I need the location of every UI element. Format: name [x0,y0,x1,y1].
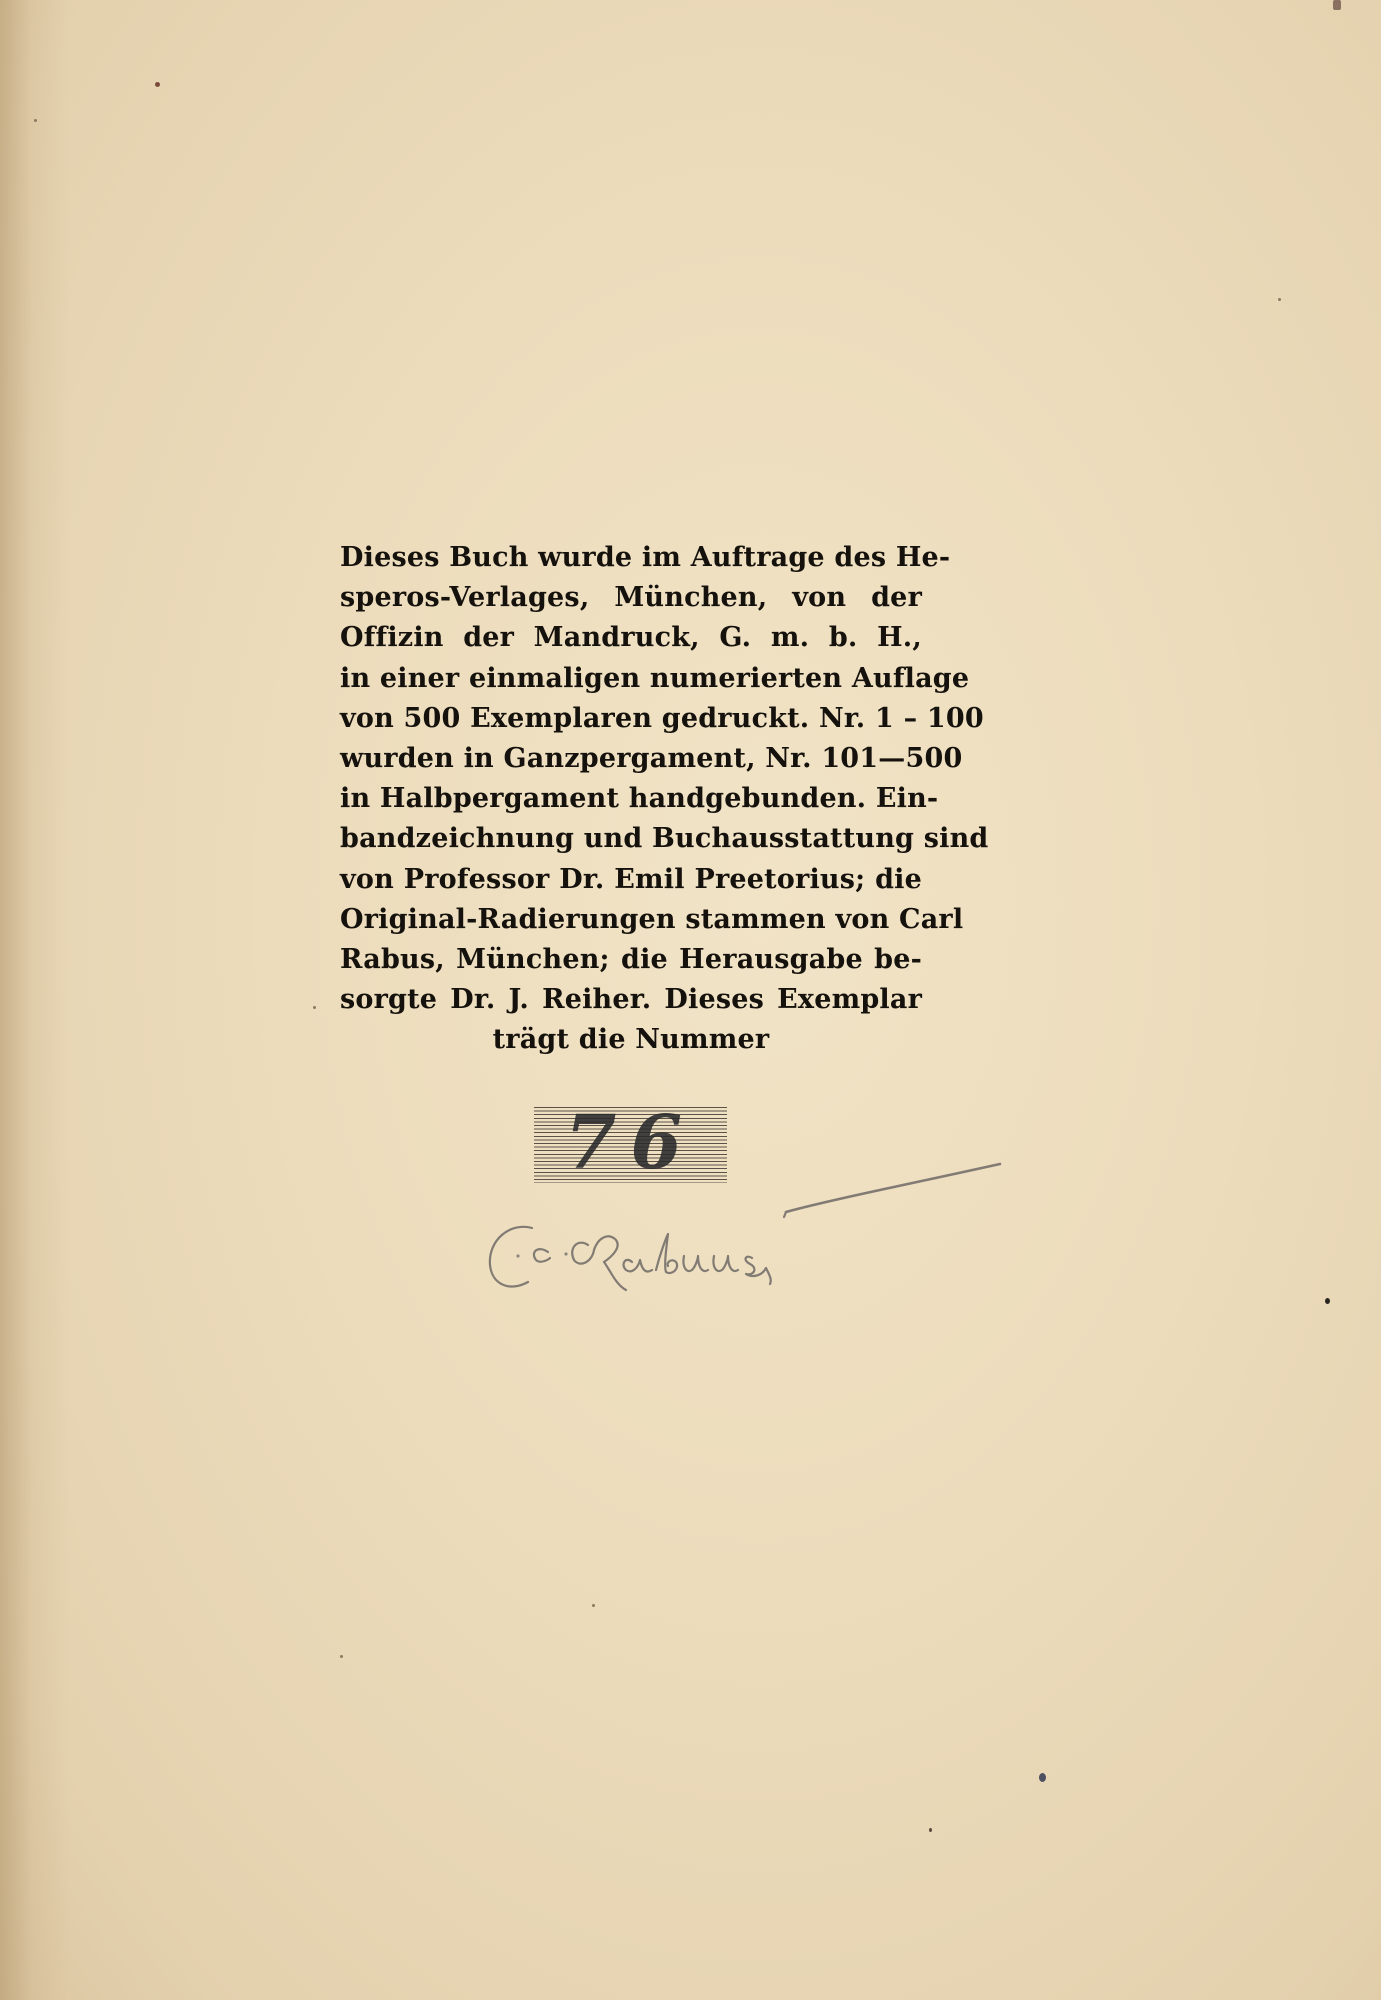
paper-speck [155,82,160,87]
paper-corner-mark [1333,0,1341,10]
paper-speck [1325,1298,1330,1304]
paper-speck [1039,1773,1046,1782]
colophon-line-final: trägt die Nummer [340,1020,922,1060]
colophon-line: Offizin der Mandruck, G. m. b. H., [340,618,922,658]
colophon-text-block: Dieses Buch wurde im Auftrage des He- sp… [340,538,922,1060]
colophon-line: speros-Verlages, München, von der [340,578,922,618]
paper-speck [1278,298,1281,301]
colophon-line: von 500 Exemplaren gedruckt. Nr. 1 – 100 [340,699,922,739]
colophon-line: sorgte Dr. J. Reiher. Dieses Exemplar [340,980,922,1020]
paper-speck [929,1828,932,1832]
paper-speck [313,1006,316,1009]
paper-speck [592,1604,595,1607]
colophon-line: von Professor Dr. Emil Preetorius; die [340,860,922,900]
colophon-line: Rabus, München; die Herausgabe be- [340,940,922,980]
colophon-line: bandzeichnung und Buchausstattung sind [340,819,922,859]
colophon-line: Original-Radierungen stammen von Carl [340,900,922,940]
paper-speck [340,1655,343,1658]
colophon-line: Dieses Buch wurde im Auftrage des He- [340,538,922,578]
paper-speck [34,119,37,122]
colophon-line: wurden in Ganzpergament, Nr. 101—500 [340,739,922,779]
page-edge-shadow [0,0,70,2000]
colophon-line: in einer einmaligen numerierten Auflage [340,659,922,699]
artist-signature [470,1150,1030,1300]
colophon-line: in Halbpergament handgebunden. Ein- [340,779,922,819]
